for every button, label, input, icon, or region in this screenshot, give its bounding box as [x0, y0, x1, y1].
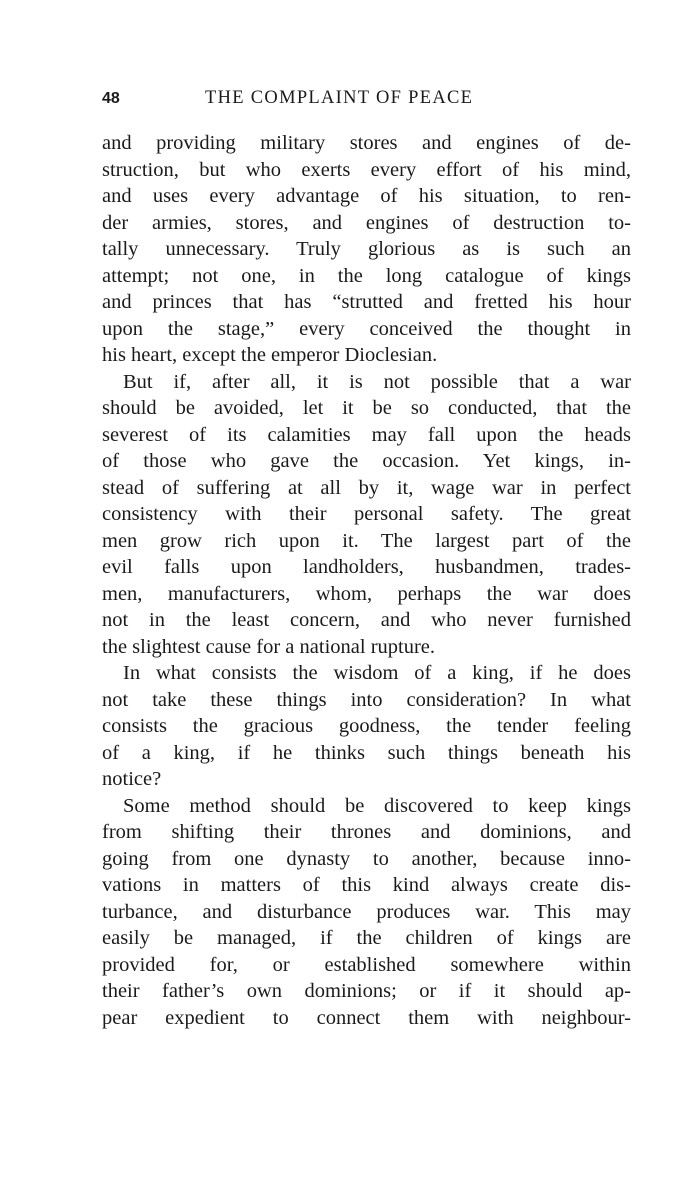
text-line: easily be managed, if the children of ki… [102, 925, 631, 952]
text-line: evil falls upon landholders, husbandmen,… [102, 554, 631, 581]
text-line: Some method should be discovered to keep… [102, 793, 631, 820]
book-page: 48 THE COMPLAINT OF PEACE and providing … [102, 88, 631, 1031]
text-line: vations in matters of this kind always c… [102, 872, 631, 899]
text-line: not take these things into consideration… [102, 687, 631, 714]
body-text: and providing military stores and engine… [102, 130, 631, 1031]
text-line: In what consists the wisdom of a king, i… [102, 660, 631, 687]
text-line: not in the least concern, and who never … [102, 607, 631, 634]
text-line: men, manufacturers, whom, perhaps the wa… [102, 581, 631, 608]
text-line: going from one dynasty to another, becau… [102, 846, 631, 873]
page-number: 48 [102, 90, 120, 108]
text-line: from shifting their thrones and dominion… [102, 819, 631, 846]
text-line: notice? [102, 766, 631, 793]
text-line: stead of suffering at all by it, wage wa… [102, 475, 631, 502]
text-line: But if, after all, it is not possible th… [102, 369, 631, 396]
text-line: consistency with their personal safety. … [102, 501, 631, 528]
text-line: and providing military stores and engine… [102, 130, 631, 157]
text-line: der armies, stores, and engines of destr… [102, 210, 631, 237]
running-head: 48 THE COMPLAINT OF PEACE [102, 88, 631, 116]
text-line: of a king, if he thinks such things bene… [102, 740, 631, 767]
text-line: severest of its calamities may fall upon… [102, 422, 631, 449]
text-line: pear expedient to connect them with neig… [102, 1005, 631, 1032]
paragraph: In what consists the wisdom of a king, i… [102, 660, 631, 793]
text-line: attempt; not one, in the long catalogue … [102, 263, 631, 290]
text-line: tally unnecessary. Truly glorious as is … [102, 236, 631, 263]
text-line: the slightest cause for a national ruptu… [102, 634, 631, 661]
text-line: upon the stage,” every conceived the tho… [102, 316, 631, 343]
text-line: of those who gave the occasion. Yet king… [102, 448, 631, 475]
text-line: consists the gracious goodness, the tend… [102, 713, 631, 740]
paragraph: Some method should be discovered to keep… [102, 793, 631, 1032]
text-line: should be avoided, let it be so conducte… [102, 395, 631, 422]
text-line: men grow rich upon it. The largest part … [102, 528, 631, 555]
text-line: and princes that has “strutted and frett… [102, 289, 631, 316]
text-line: his heart, except the emperor Dioclesian… [102, 342, 631, 369]
paragraph: and providing military stores and engine… [102, 130, 631, 369]
text-line: and uses every advantage of his situatio… [102, 183, 631, 210]
text-line: provided for, or established somewhere w… [102, 952, 631, 979]
text-line: their father’s own dominions; or if it s… [102, 978, 631, 1005]
running-title: THE COMPLAINT OF PEACE [205, 88, 473, 109]
paragraph: But if, after all, it is not possible th… [102, 369, 631, 661]
text-line: turbance, and disturbance produces war. … [102, 899, 631, 926]
text-line: struction, but who exerts every effort o… [102, 157, 631, 184]
